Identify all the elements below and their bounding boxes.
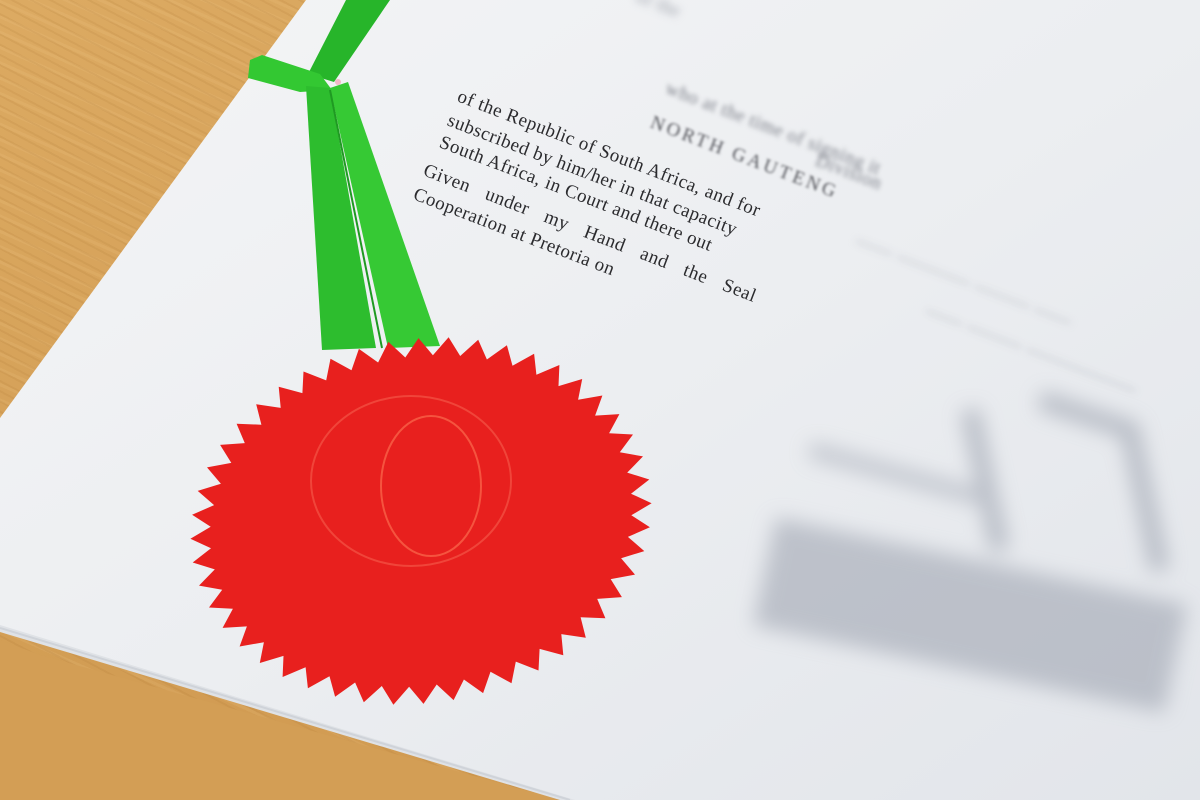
red-seal xyxy=(186,336,656,711)
